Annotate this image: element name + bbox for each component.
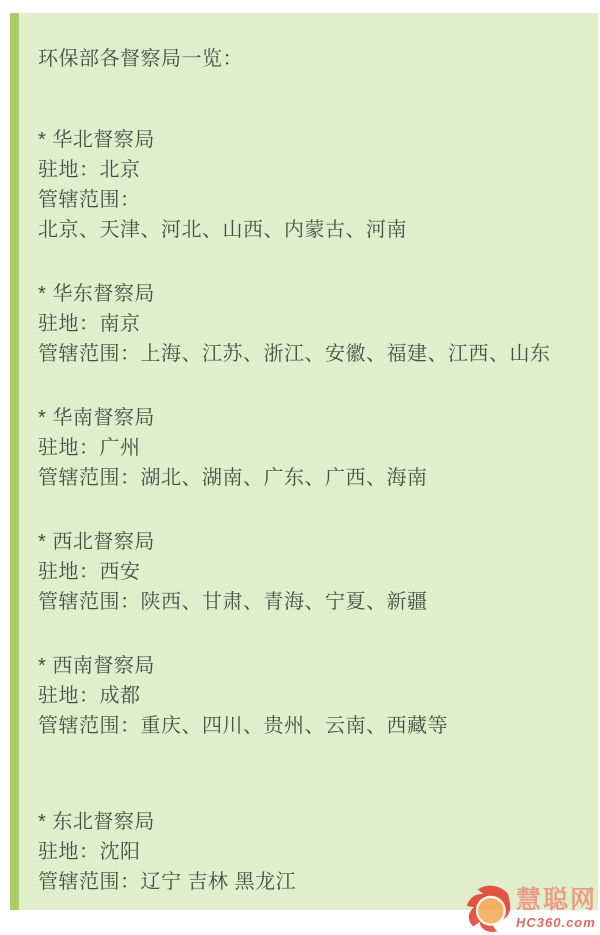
province-list-line: 北京、天津、河北、山西、内蒙古、河南 [38,215,586,245]
bureau-name-line: * 西北督察局 [38,527,586,557]
bureau-section-xibei: * 西北督察局 驻地：西安 管辖范围：陕西、甘肃、青海、宁夏、新疆 [38,527,586,617]
quote-card: 环保部各督察局一览： * 华北督察局 驻地：北京 管辖范围： 北京、天津、河北、… [10,13,598,910]
bureau-name-line: * 华南督察局 [38,403,586,433]
jurisdiction-line: 管辖范围：上海、江苏、浙江、安徽、福建、江西、山东 [38,339,586,369]
bureau-name-line: * 西南督察局 [38,651,586,681]
jurisdiction-line: 管辖范围：湖北、湖南、广东、广西、海南 [38,463,586,493]
accent-stripe [10,13,19,910]
page-title: 环保部各督察局一览： [38,44,586,74]
station-line: 驻地：南京 [38,309,586,339]
bureau-section-xinan: * 西南督察局 驻地：成都 管辖范围：重庆、四川、贵州、云南、西藏等 [38,651,586,741]
station-line: 驻地：成都 [38,681,586,711]
watermark-domain: HC360.com [516,916,597,929]
hc360-watermark: 慧聪网 HC360.com [465,884,597,932]
bureau-name-line: * 东北督察局 [38,807,586,837]
watermark-text: 慧聪网 HC360.com [516,888,597,929]
jurisdiction-line: 管辖范围：重庆、四川、贵州、云南、西藏等 [38,711,586,741]
station-line: 驻地：广州 [38,433,586,463]
jurisdiction-label-line: 管辖范围： [38,185,586,215]
bureau-section-huabei: * 华北督察局 驻地：北京 管辖范围： 北京、天津、河北、山西、内蒙古、河南 [38,125,586,245]
bureau-section-huanan: * 华南督察局 驻地：广州 管辖范围：湖北、湖南、广东、广西、海南 [38,403,586,493]
bureau-name-line: * 华东督察局 [38,279,586,309]
station-line: 驻地：沈阳 [38,837,586,867]
watermark-brand: 慧聪网 [516,888,597,913]
jurisdiction-line: 管辖范围：陕西、甘肃、青海、宁夏、新疆 [38,587,586,617]
hc360-flame-icon [465,884,513,932]
station-line: 驻地：西安 [38,557,586,587]
bureau-section-huadong: * 华东督察局 驻地：南京 管辖范围：上海、江苏、浙江、安徽、福建、江西、山东 [38,279,586,369]
bureau-name-line: * 华北督察局 [38,125,586,155]
station-line: 驻地：北京 [38,155,586,185]
bureau-list: 环保部各督察局一览： * 华北督察局 驻地：北京 管辖范围： 北京、天津、河北、… [38,44,586,897]
